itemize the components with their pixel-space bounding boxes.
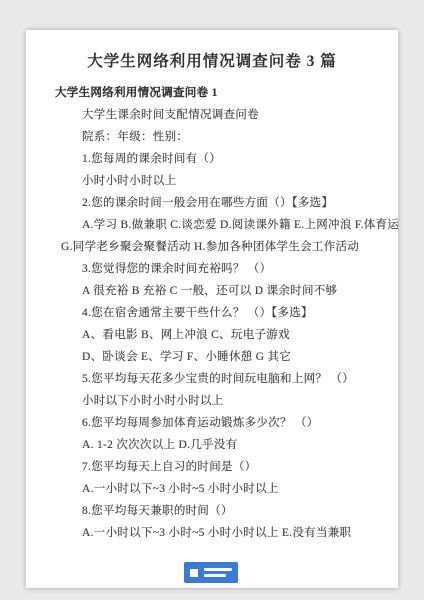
document-line: 3.您觉得您的课余时间充裕吗？ （） bbox=[82, 258, 398, 280]
document-line: 大学生课余时间支配情况调查问卷 bbox=[82, 104, 398, 126]
document-line: 4.您在宿舍通常主要干些什么？ （）【多选】 bbox=[82, 302, 398, 324]
document-line: D、卧谈会 E、学习 F、小睡休憩 G 其它 bbox=[82, 346, 398, 368]
document-line: 7.您平均每天上自习的时间是（） bbox=[82, 456, 398, 478]
publisher-logo-icon bbox=[188, 567, 200, 579]
document-line: A.一小时以下~3 小时~5 小时小时以上 bbox=[82, 478, 398, 500]
document-page: 大学生网络利用情况调查问卷 3 篇 大学生网络利用情况调查问卷 1大学生课余时间… bbox=[26, 30, 398, 588]
document-line: 1.您每周的课余时间有（） bbox=[82, 148, 398, 170]
document-line: A.学习 B.做兼职 C.谈恋爱 D.阅读课外籍 E.上网冲浪 F.体育运动 bbox=[82, 214, 398, 236]
document-body: 大学生网络利用情况调查问卷 1大学生课余时间支配情况调查问卷院系：年级：性别：1… bbox=[26, 82, 398, 544]
document-line: A 很充裕 B 充裕 C 一般，还可以 D 课余时间不够 bbox=[82, 280, 398, 302]
document-line: 院系：年级：性别： bbox=[82, 126, 398, 148]
document-line: 2.您的课余时间一般会用在哪些方面（）【多选】 bbox=[82, 192, 398, 214]
document-title: 大学生网络利用情况调查问卷 3 篇 bbox=[26, 50, 398, 74]
document-line: A. 1-2 次次次以上 D.几乎没有 bbox=[82, 434, 398, 456]
document-line: 大学生网络利用情况调查问卷 1 bbox=[55, 82, 398, 104]
document-line: 小时以下小时小时小时以上 bbox=[82, 390, 398, 412]
document-line: G.同学老乡聚会聚餐活动 H.参加各种团体学生会工作活动 bbox=[61, 236, 398, 258]
document-line: 小时小时小时以上 bbox=[82, 170, 398, 192]
document-line: 5.您平均每天花多少宝贵的时间玩电脑和上网？ （） bbox=[82, 368, 398, 390]
document-line: 6.您平均每周参加体育运动锻炼多少次？ （） bbox=[82, 412, 398, 434]
publisher-logo-text-marks bbox=[204, 568, 232, 577]
document-line: A、看电影 B、网上冲浪 C、玩电子游戏 bbox=[82, 324, 398, 346]
document-line: A.一小时以下~3 小时~5 小时小时以上 E.没有当兼职 bbox=[82, 522, 398, 544]
document-line: 8.您平均每天兼职的时间（） bbox=[82, 500, 398, 522]
watermark-badge bbox=[184, 562, 238, 583]
